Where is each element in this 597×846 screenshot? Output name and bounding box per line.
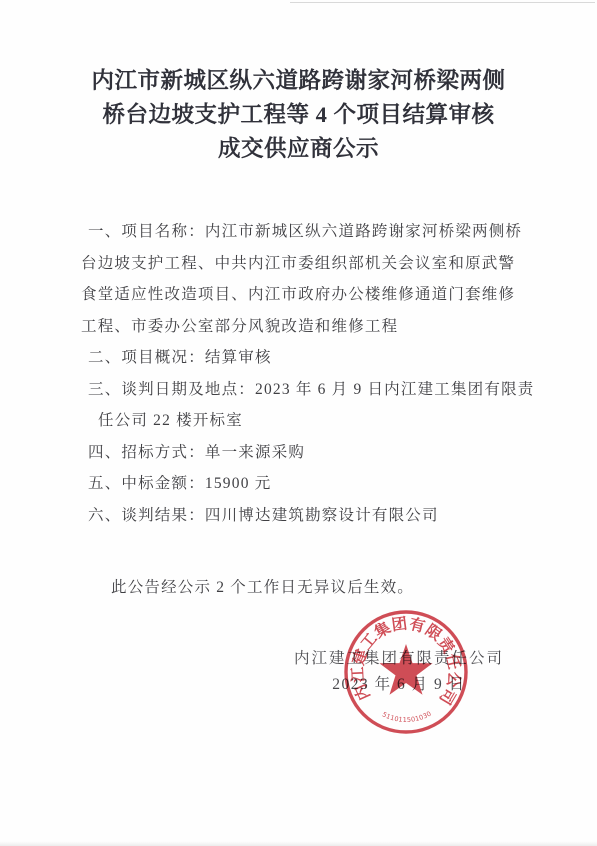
- body-line-project-name-wrap-1: 台边坡支护工程、中共内江市委组织部机关会议室和原武警: [81, 248, 541, 280]
- body-line-negotiation-date: 三、谈判日期及地点：2023 年 6 月 9 日内江建工集团有限责: [88, 374, 541, 406]
- scan-edge-artifact-bottom: [0, 841, 597, 846]
- stamp-star-icon: [379, 644, 432, 695]
- title-line-1: 内江市新城区纵六道路跨谢家河桥梁两侧: [0, 64, 597, 98]
- page-title: 内江市新城区纵六道路跨谢家河桥梁两侧 桥台边坡支护工程等 4 个项目结算审核 成…: [0, 64, 597, 166]
- body-line-negotiation-result: 六、谈判结果：四川博达建筑勘察设计有限公司: [88, 500, 541, 532]
- body-line-project-name-wrap-2: 食堂适应性改造项目、内江市政府办公楼维修通道门套维修: [81, 279, 541, 311]
- announcement-body: 一、项目名称：内江市新城区纵六道路跨谢家河桥梁两侧桥 台边坡支护工程、中共内江市…: [81, 216, 541, 531]
- title-line-2: 桥台边坡支护工程等 4 个项目结算审核: [0, 98, 597, 132]
- title-line-3: 成交供应商公示: [0, 132, 597, 166]
- body-line-bidding-method: 四、招标方式：单一来源采购: [88, 437, 541, 469]
- body-line-award-amount: 五、中标金额：15900 元: [88, 468, 541, 500]
- scanned-announcement-page: 内江市新城区纵六道路跨谢家河桥梁两侧 桥台边坡支护工程等 4 个项目结算审核 成…: [0, 0, 597, 846]
- body-line-project-overview: 二、项目概况：结算审核: [88, 342, 541, 374]
- company-seal-stamp: 内江建工集团有限责任公司 5110115010307: [326, 592, 486, 752]
- scan-edge-artifact-top: [290, 2, 595, 3]
- body-line-project-name: 一、项目名称：内江市新城区纵六道路跨谢家河桥梁两侧桥: [88, 216, 541, 248]
- body-line-project-name-wrap-3: 工程、市委办公室部分风貌改造和维修工程: [81, 311, 541, 343]
- body-line-negotiation-date-wrap: 任公司 22 楼开标室: [98, 405, 541, 437]
